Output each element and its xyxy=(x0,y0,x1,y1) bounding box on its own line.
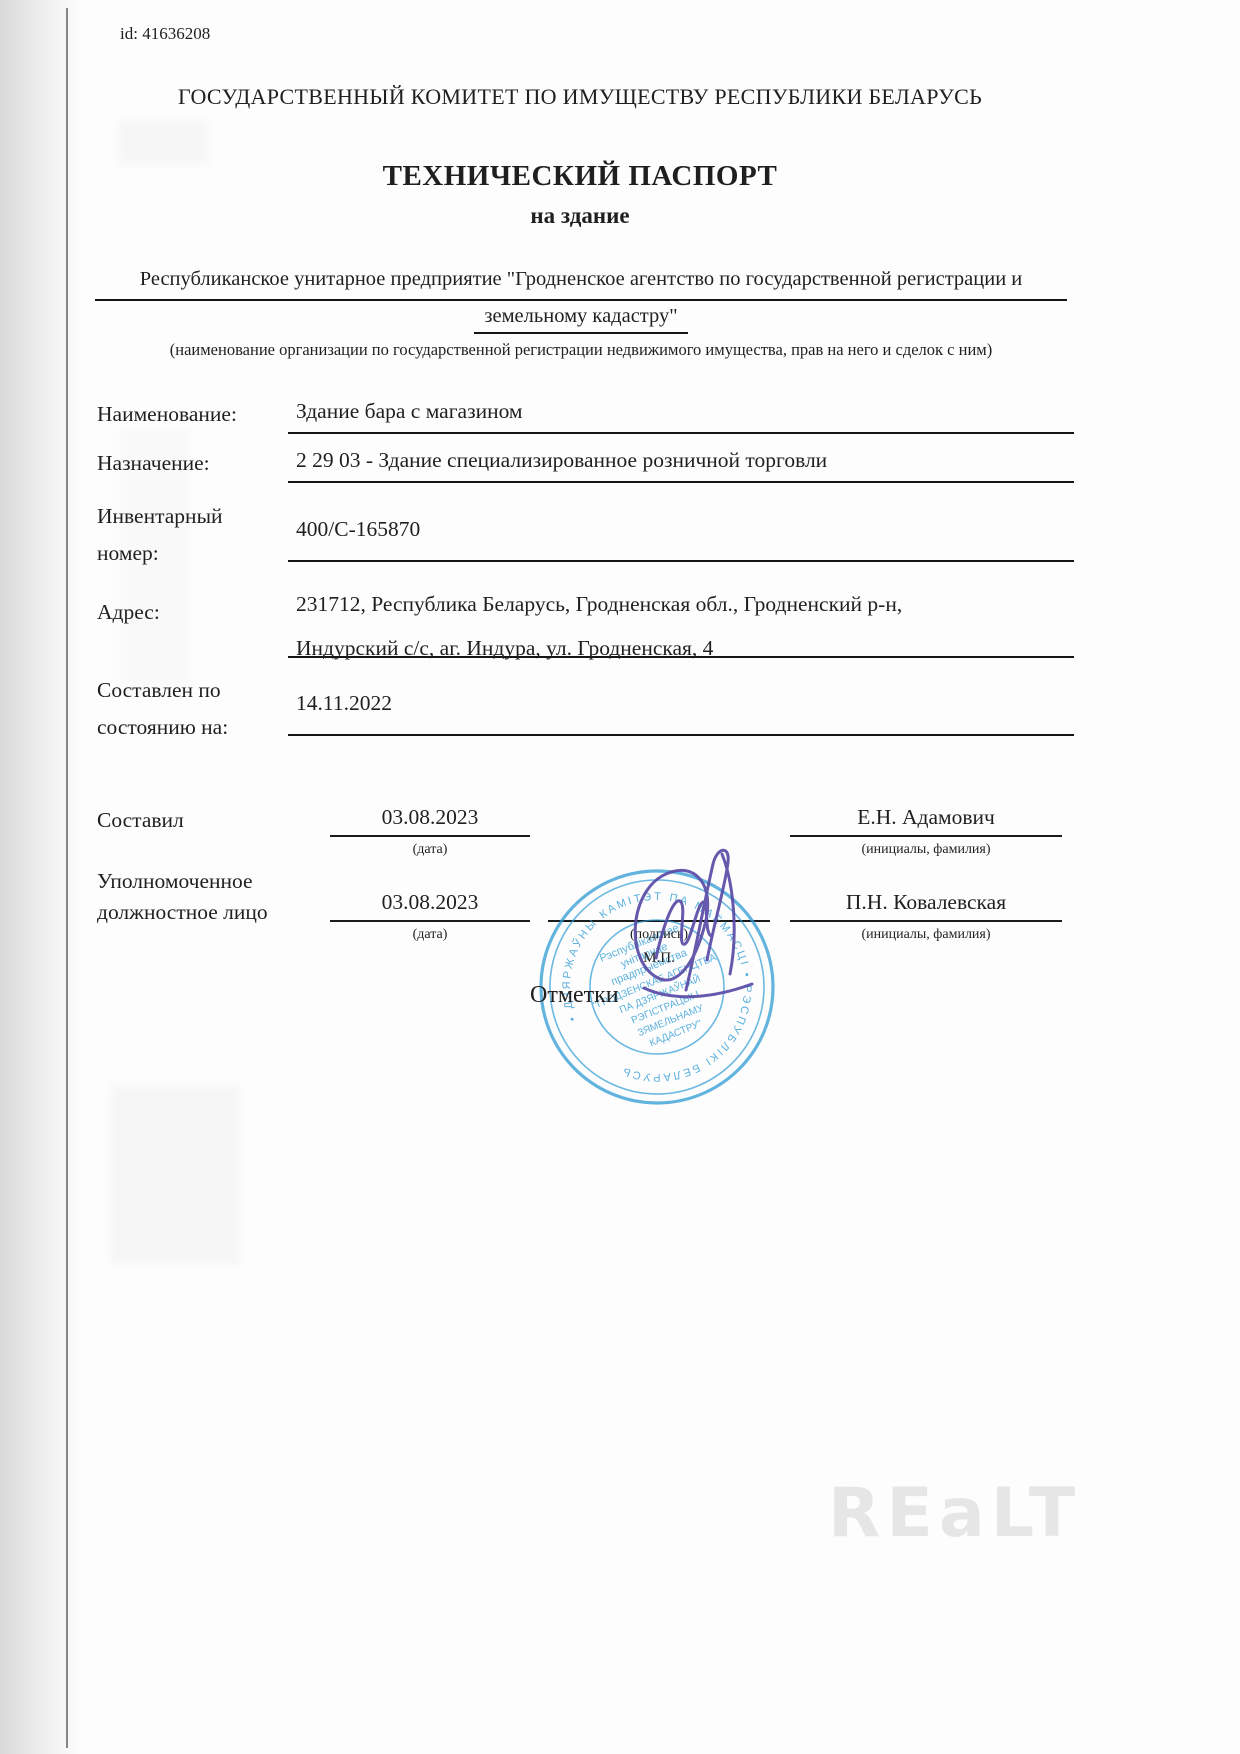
field-label-purpose: Назначение: xyxy=(97,451,210,476)
composed-name-value: Е.Н. Адамович xyxy=(790,805,1062,837)
field-value-address-line2: Индурский с/с, аг. Индура, ул. Гродненск… xyxy=(296,626,1074,670)
field-value-address-line1: 231712, Республика Беларусь, Гродненская… xyxy=(296,582,1074,626)
field-label-inventory-line1: Инвентарный xyxy=(97,498,223,535)
field-value-as-of: 14.11.2022 xyxy=(288,672,1074,736)
field-label-inventory-line2: номер: xyxy=(97,535,223,572)
document-title: ТЕХНИЧЕСКИЙ ПАСПОРТ xyxy=(0,160,1160,193)
field-label-as-of-line1: Составлен по xyxy=(97,672,228,709)
authorized-person-label-line2: должностное лицо xyxy=(97,897,268,928)
field-label-as-of: Составлен по состоянию на: xyxy=(97,672,228,746)
composed-by-label: Составил xyxy=(97,808,184,833)
authorized-person-label-line1: Уполномоченное xyxy=(97,866,268,897)
scanned-document-page: REaLT id: 41636208 ГОСУДАРСТВЕННЫЙ КОМИТ… xyxy=(0,0,1240,1754)
handwritten-signature xyxy=(592,838,767,1028)
scan-edge-shadow xyxy=(0,0,82,1754)
scan-fold-line xyxy=(66,8,68,1748)
realt-watermark: REaLT xyxy=(828,1474,1081,1553)
organization-note: (наименование организации по государстве… xyxy=(95,340,1067,360)
field-label-address: Адрес: xyxy=(97,600,160,625)
composed-name-caption: (инициалы, фамилия) xyxy=(790,842,1062,858)
authorized-date-caption: (дата) xyxy=(330,927,530,943)
field-value-purpose: 2 29 03 - Здание специализированное розн… xyxy=(288,448,1074,483)
document-id: id: 41636208 xyxy=(120,24,210,44)
field-label-name: Наименование: xyxy=(97,402,237,427)
organization-name-line2: земельному кадастру" xyxy=(474,305,687,334)
authorized-date-value: 03.08.2023 xyxy=(330,890,530,922)
authorized-name-caption: (инициалы, фамилия) xyxy=(790,927,1062,943)
authorized-name-value: П.Н. Ковалевская xyxy=(790,890,1062,922)
document-subtitle: на здание xyxy=(0,203,1160,229)
field-label-as-of-line2: состоянию на: xyxy=(97,709,228,746)
signature-strokes xyxy=(592,838,767,1028)
organization-name-line1: Республиканское унитарное предприятие "Г… xyxy=(95,268,1067,301)
composed-date-value: 03.08.2023 xyxy=(330,805,530,837)
field-value-name: Здание бара с магазином xyxy=(288,399,1074,434)
field-value-inventory: 400/С-165870 xyxy=(288,498,1074,562)
authorized-person-label: Уполномоченное должностное лицо xyxy=(97,866,268,928)
composed-date-caption: (дата) xyxy=(330,842,530,858)
organization-name-line2-wrap: земельному кадастру" xyxy=(95,305,1067,334)
field-label-inventory: Инвентарный номер: xyxy=(97,498,223,572)
authority-header: ГОСУДАРСТВЕННЫЙ КОМИТЕТ ПО ИМУЩЕСТВУ РЕС… xyxy=(0,84,1160,110)
scan-smudge xyxy=(118,120,208,165)
field-value-address: 231712, Республика Беларусь, Гродненская… xyxy=(288,582,1074,658)
scan-smudge xyxy=(110,1085,240,1265)
